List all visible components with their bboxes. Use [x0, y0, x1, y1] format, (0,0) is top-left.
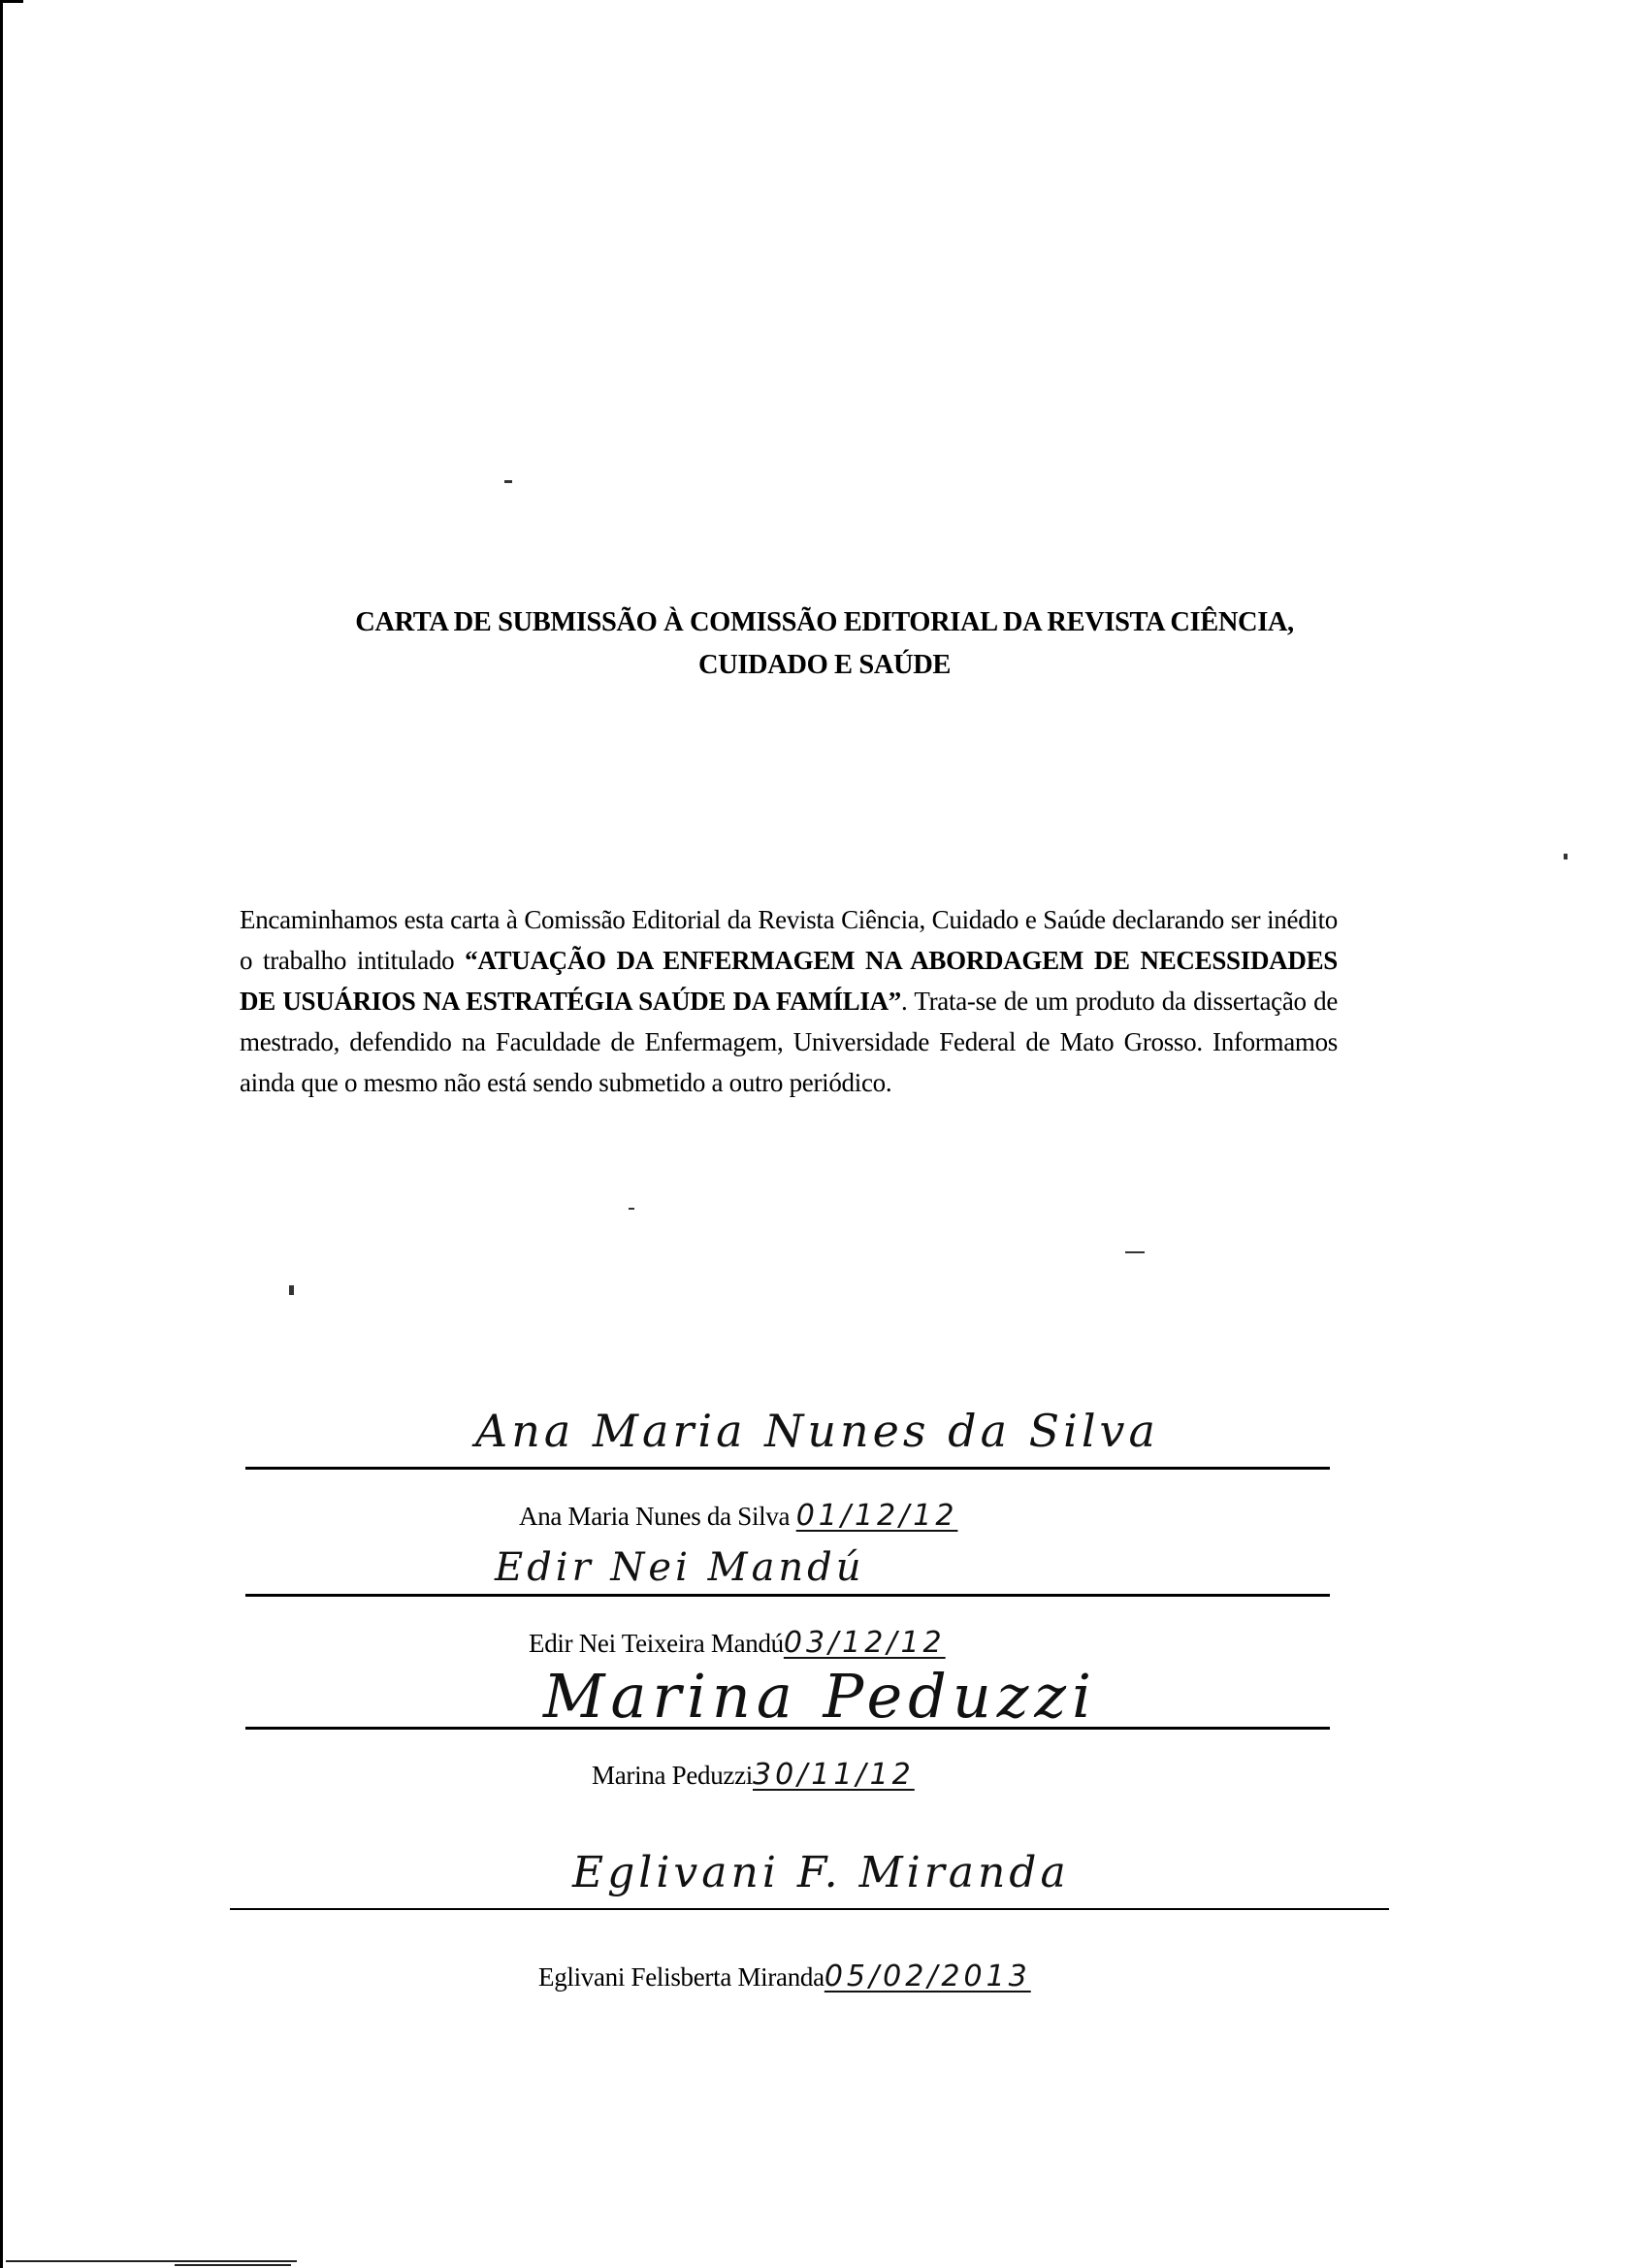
scan-speck	[289, 1285, 294, 1295]
title-line-2: CUIDADO E SAÚDE	[194, 644, 1455, 687]
signatory-4-name: Eglivani Felisberta Miranda	[538, 1962, 824, 1992]
title-line-1: CARTA DE SUBMISSÃO À COMISSÃO EDITORIAL …	[194, 601, 1455, 644]
signature-line-1	[245, 1467, 1330, 1470]
signature-1: Ana Maria Nunes da Silva	[475, 1405, 1159, 1457]
scan-speck	[1564, 854, 1568, 859]
signature-2: Edir Nei Mandú	[495, 1545, 865, 1590]
signatory-1-name: Ana Maria Nunes da Silva	[519, 1502, 790, 1531]
signatory-3-name: Marina Peduzzi	[592, 1761, 753, 1790]
scan-speck	[504, 480, 512, 483]
signature-line-3	[245, 1727, 1330, 1730]
signature-3: Marina Peduzzi	[543, 1661, 1097, 1732]
scan-speck	[1125, 1251, 1145, 1253]
signatory-4-date: 05/02/2013	[824, 1960, 1031, 1993]
signatory-2: Edir Nei Teixeira Mandú03/12/12	[529, 1626, 946, 1660]
signatory-3-date: 30/11/12	[753, 1758, 915, 1792]
scan-border-bottom	[6, 2260, 297, 2262]
signature-line-2	[245, 1594, 1330, 1597]
signature-line-4	[230, 1908, 1389, 1910]
letter-body: Encaminhamos esta carta à Comissão Edito…	[240, 899, 1338, 1103]
scan-speck	[629, 1208, 634, 1210]
signatory-4: Eglivani Felisberta Miranda05/02/2013	[538, 1960, 1031, 1993]
signatory-1: Ana Maria Nunes da Silva 01/12/12	[519, 1499, 957, 1533]
signatory-1-date: 01/12/12	[796, 1499, 958, 1533]
signature-4: Eglivani F. Miranda	[572, 1848, 1070, 1897]
scan-border-bottom-fragment	[175, 2264, 291, 2266]
signatory-2-name: Edir Nei Teixeira Mandú	[529, 1629, 784, 1658]
signatory-3: Marina Peduzzi30/11/12	[592, 1758, 915, 1792]
signatory-2-date: 03/12/12	[784, 1626, 946, 1660]
scan-border-top	[0, 0, 23, 3]
scan-border-left	[0, 0, 3, 2268]
document-title: CARTA DE SUBMISSÃO À COMISSÃO EDITORIAL …	[194, 601, 1455, 687]
